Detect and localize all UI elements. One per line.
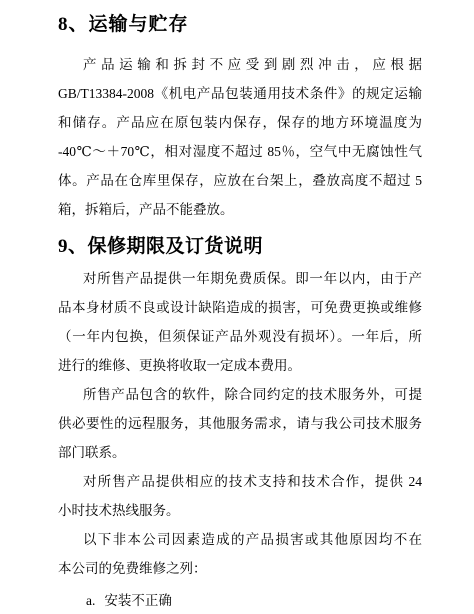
text-line: 所售产品包含的软件，除合同约定的技术服务外，可提 [58, 380, 422, 409]
document-content: 8、运输与贮存 产品运输和拆封不应受到剧烈冲击，应根据 GB/T13384-20… [0, 0, 474, 614]
list-item-text: 安装不正确 [104, 593, 172, 608]
section-9-paragraph-4: 以下非本公司因素造成的产品损害或其他原因均不在 本公司的免费维修之列： [58, 525, 422, 583]
text-line: 本公司的免费维修之列： [58, 554, 422, 583]
text-line: 品本身材质不良或设计缺陷造成的损害，可免费更换或维修 [58, 293, 422, 322]
text-line: 体。产品在仓库里保存，应放在台架上，叠放高度不超过 5 [58, 166, 422, 195]
section-8-heading: 8、运输与贮存 [58, 14, 422, 36]
document-page: 8、运输与贮存 产品运输和拆封不应受到剧烈冲击，应根据 GB/T13384-20… [0, 0, 474, 614]
list-item-a: a.安装不正确 [58, 586, 422, 614]
text-line: -40℃～＋70℃，相对湿度不超过 85％，空气中无腐蚀性气 [58, 137, 422, 166]
text-line: 进行的维修、更换将收取一定成本费用。 [58, 351, 422, 380]
section-8-paragraph-1: 产品运输和拆封不应受到剧烈冲击，应根据 GB/T13384-2008《机电产品包… [58, 50, 422, 224]
section-9-paragraph-1: 对所售产品提供一年期免费质保。即一年以内，由于产 品本身材质不良或设计缺陷造成的… [58, 264, 422, 380]
text-line: 箱，拆箱后，产品不能叠放。 [58, 195, 422, 224]
text-line: 和储存。产品应在原包装内保存，保存的地方环境温度为 [58, 108, 422, 137]
section-9-heading: 9、保修期限及订货说明 [58, 236, 422, 258]
list-item-marker: a. [86, 586, 95, 614]
text-line: 部门联系。 [58, 438, 422, 467]
text-line: GB/T13384-2008《机电产品包装通用技术条件》的规定运输 [58, 79, 422, 108]
text-line: 供必要性的远程服务，其他服务需求，请与我公司技术服务 [58, 409, 422, 438]
text-line: 对所售产品提供一年期免费质保。即一年以内，由于产 [58, 264, 422, 293]
text-line: （一年内包换，但须保证产品外观没有损坏）。一年后，所 [58, 322, 422, 351]
text-line: 以下非本公司因素造成的产品损害或其他原因均不在 [58, 525, 422, 554]
text-line: 对所售产品提供相应的技术支持和技术合作，提供 24 [58, 467, 422, 496]
section-9-paragraph-2: 所售产品包含的软件，除合同约定的技术服务外，可提 供必要性的远程服务，其他服务需… [58, 380, 422, 467]
text-line: 小时技术热线服务。 [58, 496, 422, 525]
text-line: 产品运输和拆封不应受到剧烈冲击，应根据 [58, 50, 422, 79]
section-9-paragraph-3: 对所售产品提供相应的技术支持和技术合作，提供 24 小时技术热线服务。 [58, 467, 422, 525]
